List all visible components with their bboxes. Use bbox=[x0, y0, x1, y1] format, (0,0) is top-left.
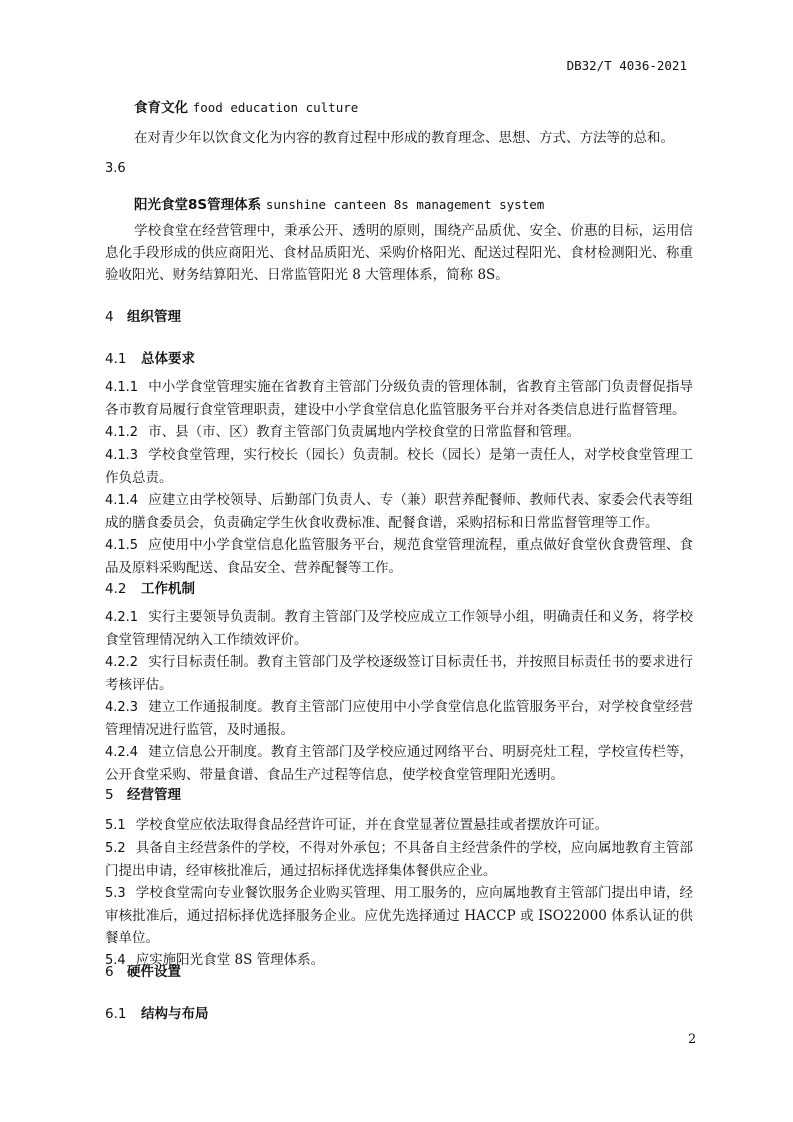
document-page: DB32/T 4036-2021 食育文化 food education cul… bbox=[0, 0, 793, 1122]
clause-list: 5.1学校食堂应依法取得食品经营许可证，并在食堂显著位置悬挂或者摆放许可证。 5… bbox=[105, 814, 693, 972]
term-en: sunshine canteen 8s management system bbox=[266, 197, 544, 212]
clause-list: 4.1.1中小学食堂管理实施在省教育主管部门分级负责的管理体制，省教育主管部门负… bbox=[105, 376, 693, 579]
subsection-title: 总体要求 bbox=[141, 351, 195, 367]
subsection-heading: 6.1结构与布局 bbox=[105, 1002, 693, 1022]
clause-item: 4.1.1中小学食堂管理实施在省教育主管部门分级负责的管理体制，省教育主管部门负… bbox=[105, 376, 693, 421]
clause-item: 4.1.3学校食堂管理，实行校长（园长）负责制。校长（园长）是第一责任人，对学校… bbox=[105, 444, 693, 489]
clause-item: 4.1.2市、县（市、区）教育主管部门负责属地内学校食堂的日常监督和管理。 bbox=[105, 421, 693, 444]
section-title: 组织管理 bbox=[127, 309, 181, 325]
clause-item: 4.1.5应使用中小学食堂信息化监管服务平台，规范食堂管理流程，重点做好食堂伙食… bbox=[105, 534, 693, 579]
subsection-heading: 4.2工作机制 bbox=[105, 577, 693, 597]
clause-item: 5.1学校食堂应依法取得食品经营许可证，并在食堂显著位置悬挂或者摆放许可证。 bbox=[105, 814, 693, 837]
page-number: 2 bbox=[688, 1032, 696, 1047]
clause-item: 4.2.3建立工作通报制度。教育主管部门应使用中小学食堂信息化监管服务平台，对学… bbox=[105, 696, 693, 741]
section-number: 4 bbox=[105, 309, 127, 325]
subsection-title: 结构与布局 bbox=[141, 1006, 209, 1022]
subsection-title: 工作机制 bbox=[141, 581, 195, 597]
clause-item: 4.2.4建立信息公开制度。教育主管部门及学校应通过网络平台、明厨亮灶工程，学校… bbox=[105, 741, 693, 786]
term-number: 3.6 bbox=[105, 161, 693, 176]
term-title: 阳光食堂8S管理体系 sunshine canteen 8s managemen… bbox=[105, 193, 722, 213]
subsection-number: 4.1 bbox=[105, 351, 141, 367]
section-heading: 6硬件设置 bbox=[105, 960, 693, 980]
clause-item: 5.3学校食堂需向专业餐饮服务企业购买管理、用工服务的，应向属地教育主管部门提出… bbox=[105, 882, 693, 949]
section-title: 硬件设置 bbox=[127, 964, 181, 980]
subsection-number: 4.2 bbox=[105, 581, 141, 597]
clause-item: 4.2.1实行主要领导负责制。教育主管部门及学校应成立工作领导小组，明确责任和义… bbox=[105, 606, 693, 651]
section-number: 6 bbox=[105, 964, 127, 980]
section-heading: 5经营管理 bbox=[105, 783, 693, 803]
subsection-heading: 4.1总体要求 bbox=[105, 347, 693, 367]
section-number: 5 bbox=[105, 787, 127, 803]
clause-item: 5.2具备自主经营条件的学校，不得对外承包；不具备自主经营条件的学校，应向属地教… bbox=[105, 837, 693, 882]
term-title: 食育文化 food education culture bbox=[105, 96, 722, 116]
term-definition: 学校食堂在经营管理中，秉承公开、透明的原则，围绕产品质优、安全、价惠的目标，运用… bbox=[105, 220, 693, 286]
section-heading: 4组织管理 bbox=[105, 305, 693, 325]
term-en: food education culture bbox=[193, 100, 359, 115]
clause-item: 4.1.4应建立由学校领导、后勤部门负责人、专（兼）职营养配餐师、教师代表、家委… bbox=[105, 489, 693, 534]
term-definition: 在对青少年以饮食文化为内容的教育过程中形成的教育理念、思想、方式、方法等的总和。 bbox=[105, 127, 693, 149]
term-zh: 食育文化 bbox=[134, 100, 188, 116]
subsection-number: 6.1 bbox=[105, 1006, 141, 1022]
document-code: DB32/T 4036-2021 bbox=[567, 58, 687, 73]
clause-item: 4.2.2实行目标责任制。教育主管部门及学校逐级签订目标责任书，并按照目标责任书… bbox=[105, 651, 693, 696]
clause-list: 4.2.1实行主要领导负责制。教育主管部门及学校应成立工作领导小组，明确责任和义… bbox=[105, 606, 693, 786]
term-zh: 阳光食堂8S管理体系 bbox=[134, 197, 261, 213]
section-title: 经营管理 bbox=[127, 787, 181, 803]
